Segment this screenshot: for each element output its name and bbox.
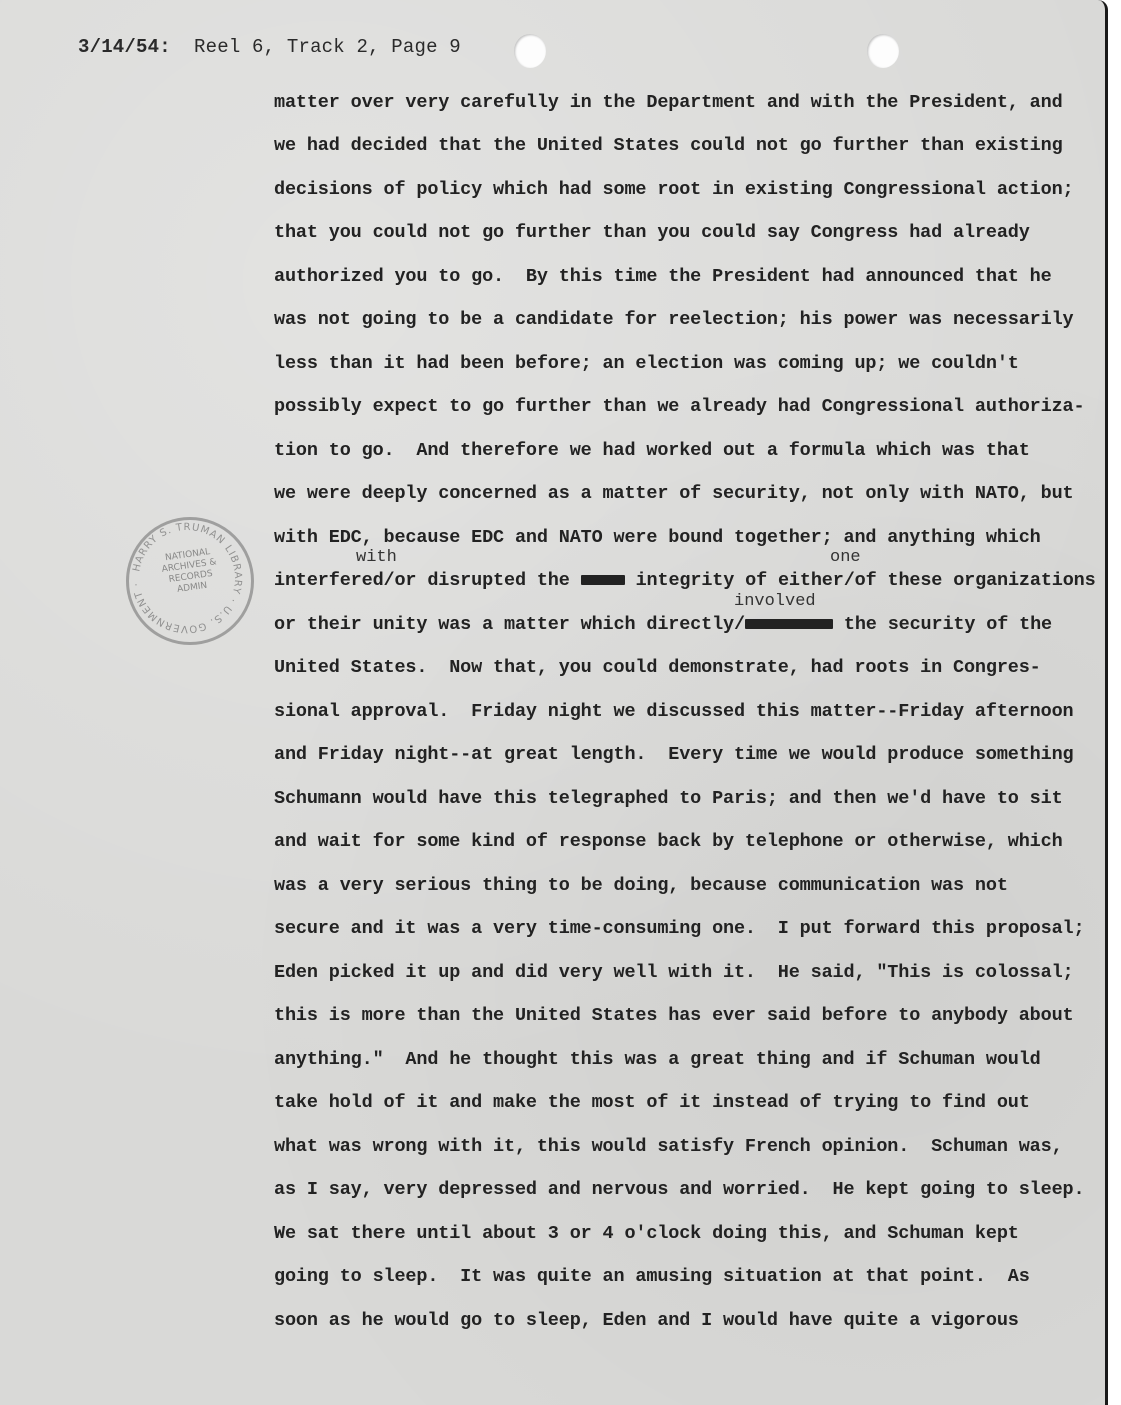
punch-hole-left xyxy=(514,34,546,68)
page-header: 3/14/54: Reel 6, Track 2, Page 9 xyxy=(78,36,461,58)
text-line: what was wrong with it, this would satis… xyxy=(274,1136,1063,1157)
struck-out-word xyxy=(581,575,625,585)
text-line: going to sleep. It was quite an amusing … xyxy=(274,1266,1030,1287)
text-line: secure and it was a very time-consuming … xyxy=(274,918,1084,939)
text-line: take hold of it and make the most of it … xyxy=(274,1092,1030,1113)
text-line: authorized you to go. By this time the P… xyxy=(274,266,1052,287)
text-line-with-strikeout: or their unity was a matter which direct… xyxy=(274,614,1052,635)
line-tail: integrity of either/of these organizatio… xyxy=(625,570,1096,591)
text-line: United States. Now that, you could demon… xyxy=(274,657,1041,678)
text-line: was a very serious thing to be doing, be… xyxy=(274,875,1008,896)
text-line: we had decided that the United States co… xyxy=(274,135,1063,156)
text-line: We sat there until about 3 or 4 o'clock … xyxy=(274,1223,1019,1244)
text-line: this is more than the United States has … xyxy=(274,1005,1073,1026)
line-tail: the security of the xyxy=(833,614,1052,635)
line-head: interfered/or disrupted the xyxy=(274,570,570,591)
header-reference: Reel 6, Track 2, Page 9 xyxy=(194,36,461,58)
text-line: and Friday night--at great length. Every… xyxy=(274,744,1073,765)
text-line: anything." And he thought this was a gre… xyxy=(274,1049,1041,1070)
struck-out-word xyxy=(745,619,833,629)
text-line: Schumann would have this telegraphed to … xyxy=(274,788,1063,809)
text-line: and wait for some kind of response back … xyxy=(274,831,1063,852)
insert-with: with xyxy=(356,548,397,567)
text-line-with-strikeout: interfered/or disrupted the integrity of… xyxy=(274,570,1096,591)
text-line: matter over very carefully in the Depart… xyxy=(274,92,1063,113)
text-line: we were deeply concerned as a matter of … xyxy=(274,483,1073,504)
text-line: was not going to be a candidate for reel… xyxy=(274,309,1073,330)
text-line: with EDC, because EDC and NATO were boun… xyxy=(274,527,1041,548)
library-stamp: HARRY S. TRUMAN LIBRARY · U.S. GOVERNMEN… xyxy=(126,517,254,645)
text-line: decisions of policy which had some root … xyxy=(274,179,1073,200)
text-line: possibly expect to go further than we al… xyxy=(274,396,1084,417)
text-line: as I say, very depressed and nervous and… xyxy=(274,1179,1084,1200)
text-line: soon as he would go to sleep, Eden and I… xyxy=(274,1310,1019,1331)
text-line: Eden picked it up and did very well with… xyxy=(274,962,1073,983)
punch-hole-right xyxy=(867,34,899,68)
text-line: sional approval. Friday night we discuss… xyxy=(274,701,1073,722)
text-line: less than it had been before; an electio… xyxy=(274,353,1019,374)
header-date: 3/14/54: xyxy=(78,36,171,58)
line-head: or their unity was a matter which direct… xyxy=(274,614,745,635)
text-line: that you could not go further than you c… xyxy=(274,222,1030,243)
insert-one: one xyxy=(830,548,861,567)
document-page: 3/14/54: Reel 6, Track 2, Page 9 HARRY S… xyxy=(0,0,1108,1405)
insert-involved: involved xyxy=(734,592,816,611)
text-line: tion to go. And therefore we had worked … xyxy=(274,440,1030,461)
